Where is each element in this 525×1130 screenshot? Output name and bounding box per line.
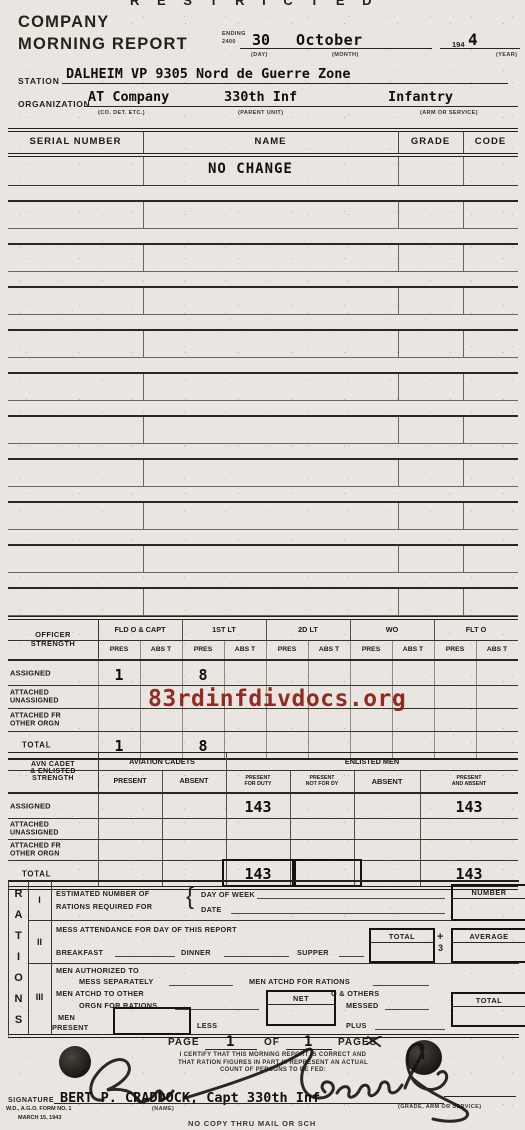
enlisted-assigned-present-for-duty: 143 bbox=[226, 798, 290, 816]
p3-net-box: NET bbox=[266, 990, 336, 1026]
day-label: (DAY) bbox=[251, 52, 268, 58]
year-digit-value: 4 bbox=[468, 30, 478, 49]
subcol-av-absent: ABSENT bbox=[162, 778, 226, 785]
roster-col-code: CODE bbox=[463, 136, 518, 147]
rations-part1-divider bbox=[28, 920, 519, 921]
form-title-line2: MORNING REPORT bbox=[18, 35, 188, 54]
officer-group-wo: WO bbox=[350, 625, 434, 634]
roster-col-serial: SERIAL NUMBER bbox=[8, 136, 143, 147]
watermark: 83rdinfdivdocs.org bbox=[148, 686, 406, 712]
roster-empty-row bbox=[8, 372, 518, 401]
rations-letter: N bbox=[9, 993, 28, 1005]
organization-rule bbox=[84, 106, 518, 107]
roster-empty-row bbox=[8, 415, 518, 444]
station-value: DALHEIM VP 9305 Nord de Guerre Zone bbox=[66, 66, 350, 82]
p3-atchd-for-rations-label: MEN ATCHD FOR RATIONS bbox=[249, 977, 350, 986]
roster-entry-row: NO CHANGE bbox=[8, 157, 518, 186]
p3-atchd-other-label: MEN ATCHD TO OTHER bbox=[56, 989, 144, 998]
roster-empty-row bbox=[8, 243, 518, 272]
rations-letter: R bbox=[9, 888, 28, 900]
date-rule bbox=[240, 48, 432, 49]
roster-col-grade: GRADE bbox=[398, 136, 463, 147]
p1-line2: RATIONS REQUIRED FOR bbox=[56, 902, 152, 911]
p2-total-box: TOTAL bbox=[369, 928, 435, 963]
p3-mess-separately-label: MESS SEPARATELY bbox=[79, 977, 154, 986]
p2-dinner-rule bbox=[224, 956, 289, 957]
organization-arm-value: Infantry bbox=[388, 89, 453, 105]
p3-plus-label: PLUS bbox=[346, 1021, 367, 1030]
p1-brace: { bbox=[186, 883, 194, 911]
p2-breakfast-rule bbox=[115, 956, 175, 957]
ending-label-2: 2400 bbox=[222, 39, 236, 45]
subcol-present-not-for-duty: PRESENTNOT FOR DY bbox=[290, 775, 354, 787]
enlisted-assigned-present-and-absent: 143 bbox=[420, 798, 518, 816]
p1-line1: ESTIMATED NUMBER OF bbox=[56, 889, 150, 898]
roster-empty-row bbox=[8, 329, 518, 358]
rations-letter: I bbox=[9, 951, 28, 963]
group-aviation-cadets: AVIATION CADETS bbox=[98, 757, 226, 766]
roster-entry-value: NO CHANGE bbox=[208, 161, 293, 177]
officer-row-attached-fr-other: ATTACHED FR OTHER ORGN bbox=[8, 709, 518, 732]
subcol-abst: ABS T bbox=[392, 646, 434, 653]
enlisted-strength-table: AVN CADET & ENLISTED STRENGTH AVIATION C… bbox=[8, 752, 518, 890]
rations-letter: A bbox=[9, 909, 28, 921]
p2-divide-3: 3 bbox=[438, 943, 443, 953]
month-label: (MONTH) bbox=[332, 52, 359, 58]
subcol-absent: ABSENT bbox=[354, 777, 420, 786]
subcol-present-for-duty: PRESENTFOR DUTY bbox=[226, 775, 290, 787]
roster-empty-row bbox=[8, 286, 518, 315]
p2-line1: MESS ATTENDANCE FOR DAY OF THIS REPORT bbox=[56, 925, 237, 934]
station-label: STATION bbox=[18, 76, 60, 86]
p2-supper-rule bbox=[339, 956, 364, 957]
roster-empty-row bbox=[8, 458, 518, 487]
officer-group-flto: FLT O bbox=[434, 625, 518, 634]
p2-divide-plus: + bbox=[437, 931, 444, 943]
signature-label: SIGNATURE bbox=[8, 1097, 54, 1104]
p2-dinner-label: DINNER bbox=[181, 948, 211, 957]
enlisted-row-attached-unassigned: ATTACHED UNASSIGNED bbox=[8, 819, 518, 840]
part2-numeral: II bbox=[28, 937, 51, 947]
officer-row-assigned: ASSIGNED 1 8 bbox=[8, 661, 518, 686]
organization-parent-value: 330th Inf bbox=[224, 89, 297, 105]
p1-date-rule bbox=[231, 913, 445, 914]
rations-letter: S bbox=[9, 1014, 28, 1026]
morning-report-document: R E S T R I C T E D COMPANY MORNING REPO… bbox=[0, 0, 525, 1130]
p1-number-box: NUMBER bbox=[451, 884, 525, 921]
organization-label: ORGANIZATION bbox=[18, 99, 90, 109]
roster-empty-row bbox=[8, 501, 518, 530]
p3-present-label: PRESENT bbox=[52, 1023, 89, 1032]
roster-header-row: SERIAL NUMBER NAME GRADE CODE bbox=[8, 128, 518, 157]
part1-numeral: I bbox=[28, 895, 51, 905]
p1-day-of-week-label: DAY OF WEEK bbox=[201, 890, 255, 899]
form-title-line1: COMPANY bbox=[18, 13, 110, 32]
form-id-line2: MARCH 15, 1943 bbox=[18, 1115, 61, 1121]
p3-atchd-for-rations-rule bbox=[373, 985, 429, 986]
year-rule bbox=[440, 48, 520, 49]
ending-label-1: ENDING bbox=[222, 31, 246, 37]
p3-total-box: TOTAL bbox=[451, 992, 525, 1027]
rations-section: R A T I O N S I II III ESTIMATED NUMBER … bbox=[8, 880, 519, 1038]
subcol-present-and-absent: PRESENTAND ABSENT bbox=[420, 775, 518, 787]
enlisted-row-assigned: ASSIGNED 143 143 bbox=[8, 794, 518, 819]
org-company-label: (CO. DET. ETC.) bbox=[98, 110, 145, 116]
subcol-abst: ABS T bbox=[308, 646, 350, 653]
p3-others-label: O & OTHERS bbox=[331, 989, 379, 998]
p3-plus-rule bbox=[375, 1029, 445, 1030]
p3-men-present-box bbox=[113, 1007, 191, 1035]
date-day-value: 30 bbox=[252, 31, 270, 49]
p2-breakfast-label: BREAKFAST bbox=[56, 948, 103, 957]
subcol-av-present: PRESENT bbox=[98, 778, 162, 785]
organization-company-value: AT Company bbox=[88, 89, 169, 105]
p2-average-box: AVERAGE bbox=[451, 928, 525, 963]
form-id-line1: W.D., A.G.O. FORM NO. 1 bbox=[6, 1106, 72, 1112]
subcol-pres: PRES bbox=[182, 646, 224, 653]
enlisted-strength-title: AVN CADET & ENLISTED STRENGTH bbox=[8, 753, 99, 790]
rations-letter: T bbox=[9, 930, 28, 942]
p3-less-label: LESS bbox=[197, 1021, 217, 1030]
officer-group-1stlt: 1ST LT bbox=[182, 625, 266, 634]
subcol-abst: ABS T bbox=[140, 646, 182, 653]
enlisted-row-attached-fr-other: ATTACHED FR OTHER ORGN bbox=[8, 840, 518, 861]
subcol-abst: ABS T bbox=[476, 646, 518, 653]
roster-table: SERIAL NUMBER NAME GRADE CODE NO CHANGE bbox=[8, 128, 518, 616]
subcol-abst: ABS T bbox=[224, 646, 266, 653]
officer-group-2dlt: 2D LT bbox=[266, 625, 350, 634]
part3-numeral: III bbox=[28, 992, 51, 1002]
org-arm-label: (ARM OR SERVICE) bbox=[420, 110, 478, 116]
rations-numeral-divider bbox=[51, 882, 52, 1034]
subcol-pres: PRES bbox=[266, 646, 308, 653]
roster-col-name: NAME bbox=[143, 136, 398, 147]
station-rule bbox=[62, 83, 508, 84]
rations-letter: O bbox=[9, 972, 28, 984]
handwritten-signature bbox=[75, 1036, 525, 1130]
subcol-pres: PRES bbox=[350, 646, 392, 653]
p3-line1: MEN AUTHORIZED TO bbox=[56, 966, 139, 975]
roster-empty-row bbox=[8, 544, 518, 573]
p2-supper-label: SUPPER bbox=[297, 948, 329, 957]
year-label: (YEAR) bbox=[496, 52, 517, 58]
group-enlisted-men: ENLISTED MEN bbox=[226, 757, 518, 766]
date-month-value: October bbox=[296, 31, 363, 49]
officer-strength-title: OFFICER STRENGTH bbox=[8, 620, 99, 658]
p1-date-label: DATE bbox=[201, 905, 222, 914]
officer-group-fldo: FLD O & CAPT bbox=[98, 625, 182, 634]
subcol-pres: PRES bbox=[434, 646, 476, 653]
subcol-pres: PRES bbox=[98, 646, 140, 653]
roster-empty-row bbox=[8, 587, 518, 616]
rations-part2-divider bbox=[28, 963, 519, 964]
roster-empty-row bbox=[8, 200, 518, 229]
p3-mess-separately-rule bbox=[169, 985, 233, 986]
classification-banner: R E S T R I C T E D bbox=[130, 0, 379, 8]
org-parent-label: (PARENT UNIT) bbox=[238, 110, 283, 116]
p1-day-rule bbox=[257, 898, 445, 899]
p3-men-label: MEN bbox=[58, 1013, 75, 1022]
p3-messed-rule bbox=[385, 1009, 429, 1010]
officer-assigned-1stlt-pres: 8 bbox=[182, 666, 224, 684]
p3-messed-label: MESSED bbox=[346, 1001, 379, 1010]
officer-assigned-fldo-pres: 1 bbox=[98, 666, 140, 684]
